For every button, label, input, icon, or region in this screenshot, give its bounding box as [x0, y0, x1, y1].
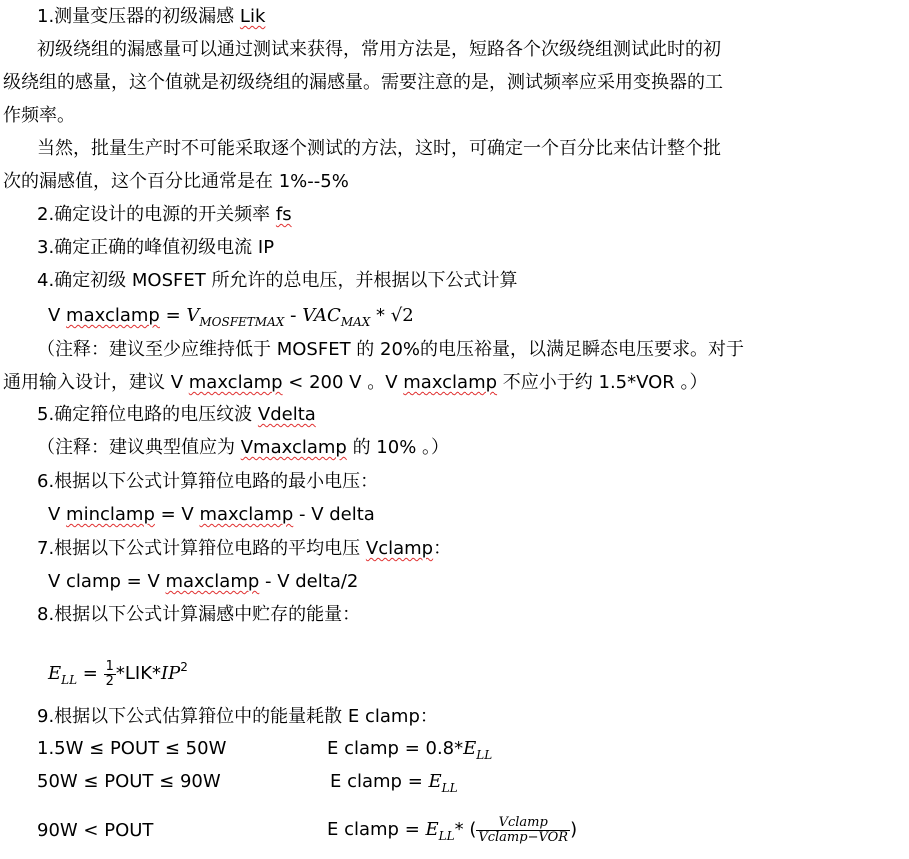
fraction: VclampVclamp−VOR	[476, 816, 570, 845]
section6-heading: 6.根据以下公式计算箝位电路的最小电压：	[37, 470, 378, 494]
eclamp-formula: E clamp = 0.8*ELL	[327, 737, 492, 767]
section5-heading: 5.确定箝位电路的电压纹波 Vdelta	[37, 403, 316, 427]
paragraph-text: 级绕组的感量，这个值就是初级绕组的漏感量。需要注意的是，测试频率应采用变换器的工	[3, 71, 723, 95]
paragraph-text: 初级绕组的漏感量可以通过测试来获得，常用方法是，短路各个次级绕组测试此时的初	[37, 38, 721, 62]
spellcheck-term: Lik	[240, 6, 265, 27]
eclamp-formula: E clamp = ELL	[330, 770, 458, 800]
section9-heading: 9.根据以下公式估算箝位中的能量耗散 E clamp：	[37, 705, 438, 729]
section1-heading: 1.测量变压器的初级漏感 Lik	[37, 5, 265, 29]
spellcheck-term: fs	[276, 204, 292, 225]
section3-heading: 3.确定正确的峰值初级电流 IP	[37, 236, 274, 260]
condition-row: 1.5W ≤ POUT ≤ 50W	[37, 737, 226, 761]
formula-vclamp: V clamp = V maxclamp - V delta/2	[48, 570, 358, 594]
paragraph-text: 次的漏感值，这个百分比通常是在 1%--5%	[3, 170, 349, 194]
section2-heading: 2.确定设计的电源的开关频率 fs	[37, 203, 292, 227]
note-text: （注释：建议典型值应为 Vmaxclamp 的 10% 。）	[37, 436, 449, 460]
condition-row: 90W < POUT	[37, 819, 153, 843]
note-text: 通用输入设计，建议 V maxclamp < 200 V 。V maxclamp…	[3, 371, 708, 395]
formula-vminclamp: V minclamp = V maxclamp - V delta	[48, 503, 375, 527]
eclamp-formula: E clamp = ELL* (VclampVclamp−VOR)	[327, 810, 577, 856]
paragraph-text: 当然，批量生产时不可能采取逐个测试的方法，这时，可确定一个百分比来估计整个批	[37, 137, 721, 161]
formula-ell: ELL = 12*LIK*IP2	[48, 652, 188, 695]
fraction: 12	[104, 660, 116, 689]
condition-row: 50W ≤ POUT ≤ 90W	[37, 770, 221, 794]
section4-heading: 4.确定初级 MOSFET 所允许的总电压，并根据以下公式计算	[37, 269, 517, 293]
note-text: （注释：建议至少应维持低于 MOSFET 的 20%的电压裕量，以满足瞬态电压要…	[37, 338, 744, 362]
section7-heading: 7.根据以下公式计算箝位电路的平均电压 Vclamp：	[37, 537, 451, 561]
formula-vmaxclamp: V maxclamp = VMOSFETMAX - VACMAX * √2	[48, 304, 414, 334]
paragraph-text: 作频率。	[3, 104, 75, 128]
section8-heading: 8.根据以下公式计算漏感中贮存的能量：	[37, 603, 360, 627]
